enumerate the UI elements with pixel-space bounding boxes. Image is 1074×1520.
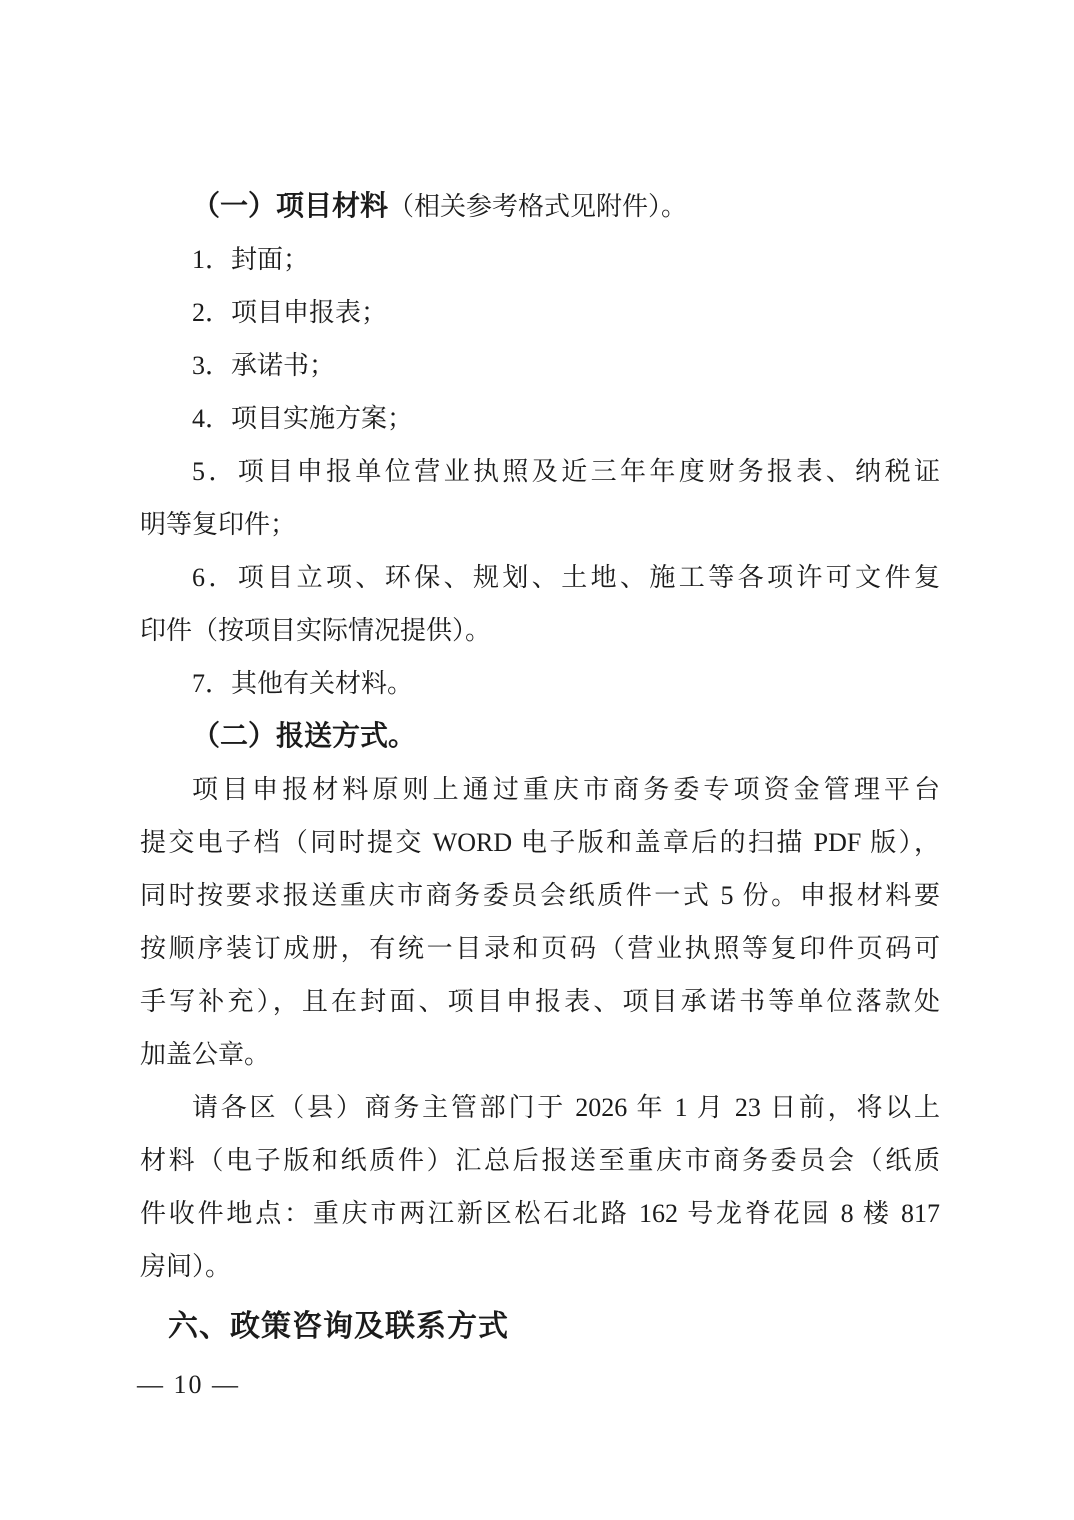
paragraph-1-line-4: 按顺序装订成册，有统一目录和页码（营业执照等复印件页码可: [140, 922, 940, 975]
paragraph-1-line-5: 手写补充），且在封面、项目申报表、项目承诺书等单位落款处: [140, 975, 940, 1028]
paragraph-1-line-5-text: 手写补充），且在封面、项目申报表、项目承诺书等单位落款处: [140, 987, 940, 1016]
list-item-6-line-1: 6．项目立项、环保、规划、土地、施工等各项许可文件复: [140, 551, 940, 604]
paragraph-2-line-1-text: 请各区（县）商务主管部门于 2026 年 1 月 23 日前，将以上: [192, 1093, 940, 1122]
list-item-6-line-1-text: 6．项目立项、环保、规划、土地、施工等各项许可文件复: [192, 563, 940, 592]
paragraph-2-line-3-text: 件收件地点：重庆市两江新区松石北路 162 号龙脊花园 8 楼 817: [140, 1199, 940, 1228]
document-page: （一）项目材料（相关参考格式见附件）。1．封面；2．项目申报表；3．承诺书；4．…: [0, 0, 1074, 1520]
subsection-heading-1-text: （相关参考格式见附件）。: [388, 192, 687, 221]
list-item-6-line-2: 印件（按项目实际情况提供）。: [140, 604, 940, 657]
paragraph-1-line-2: 提交电子档（同时提交 WORD 电子版和盖章后的扫描 PDF 版），: [140, 816, 940, 869]
paragraph-1-line-3: 同时按要求报送重庆市商务委员会纸质件一式 5 份。申报材料要: [140, 869, 940, 922]
paragraph-2-line-3: 件收件地点：重庆市两江新区松石北路 162 号龙脊花园 8 楼 817: [140, 1187, 940, 1240]
list-item-3: 3．承诺书；: [140, 339, 940, 392]
paragraph-2-line-1: 请各区（县）商务主管部门于 2026 年 1 月 23 日前，将以上: [140, 1081, 940, 1134]
list-item-2: 2．项目申报表；: [140, 286, 940, 339]
paragraph-1-line-2-text: 提交电子档（同时提交 WORD 电子版和盖章后的扫描 PDF 版），: [140, 828, 940, 857]
list-item-1-text: 1．封面；: [192, 245, 309, 274]
paragraph-2-line-2: 材料（电子版和纸质件）汇总后报送至重庆市商务委员会（纸质: [140, 1134, 940, 1187]
list-item-5-line-1-text: 5．项目申报单位营业执照及近三年年度财务报表、纳税证: [192, 457, 940, 486]
list-item-6-line-2-text: 印件（按项目实际情况提供）。: [140, 616, 491, 645]
list-item-5-line-2-text: 明等复印件；: [140, 510, 296, 539]
paragraph-1-line-6: 加盖公章。: [140, 1028, 940, 1081]
paragraph-2-line-4: 房间）。: [140, 1240, 940, 1293]
list-item-5-line-2: 明等复印件；: [140, 498, 940, 551]
paragraph-2-line-4-text: 房间）。: [140, 1252, 231, 1281]
paragraph-1-line-6-text: 加盖公章。: [140, 1040, 270, 1069]
list-item-7: 7．其他有关材料。: [140, 657, 940, 710]
list-item-2-text: 2．项目申报表；: [192, 298, 387, 327]
list-item-4: 4．项目实施方案；: [140, 392, 940, 445]
paragraph-1-line-1: 项目申报材料原则上通过重庆市商务委专项资金管理平台: [140, 763, 940, 816]
paragraph-1-line-3-text: 同时按要求报送重庆市商务委员会纸质件一式 5 份。申报材料要: [140, 881, 940, 910]
paragraph-2-line-2-text: 材料（电子版和纸质件）汇总后报送至重庆市商务委员会（纸质: [140, 1146, 940, 1175]
subsection-heading-2: （二）报送方式。: [140, 710, 940, 763]
list-item-4-text: 4．项目实施方案；: [192, 404, 413, 433]
document-body: （一）项目材料（相关参考格式见附件）。1．封面；2．项目申报表；3．承诺书；4．…: [140, 180, 940, 1354]
list-item-3-text: 3．承诺书；: [192, 351, 335, 380]
list-item-1: 1．封面；: [140, 233, 940, 286]
paragraph-1-line-1-text: 项目申报材料原则上通过重庆市商务委专项资金管理平台: [192, 775, 940, 804]
paragraph-1-line-4-text: 按顺序装订成册，有统一目录和页码（营业执照等复印件页码可: [140, 934, 940, 963]
list-item-7-text: 7．其他有关材料。: [192, 669, 413, 698]
subsection-heading-2-text: （二）报送方式。: [192, 721, 416, 752]
subsection-heading-1-text: （一）项目材料: [192, 191, 388, 222]
list-item-5-line-1: 5．项目申报单位营业执照及近三年年度财务报表、纳税证: [140, 445, 940, 498]
section-heading-6-text: 六、政策咨询及联系方式: [168, 1310, 509, 1343]
section-heading-6: 六、政策咨询及联系方式: [140, 1300, 940, 1354]
subsection-heading-1: （一）项目材料（相关参考格式见附件）。: [140, 180, 940, 233]
page-number: — 10 —: [137, 1358, 240, 1411]
